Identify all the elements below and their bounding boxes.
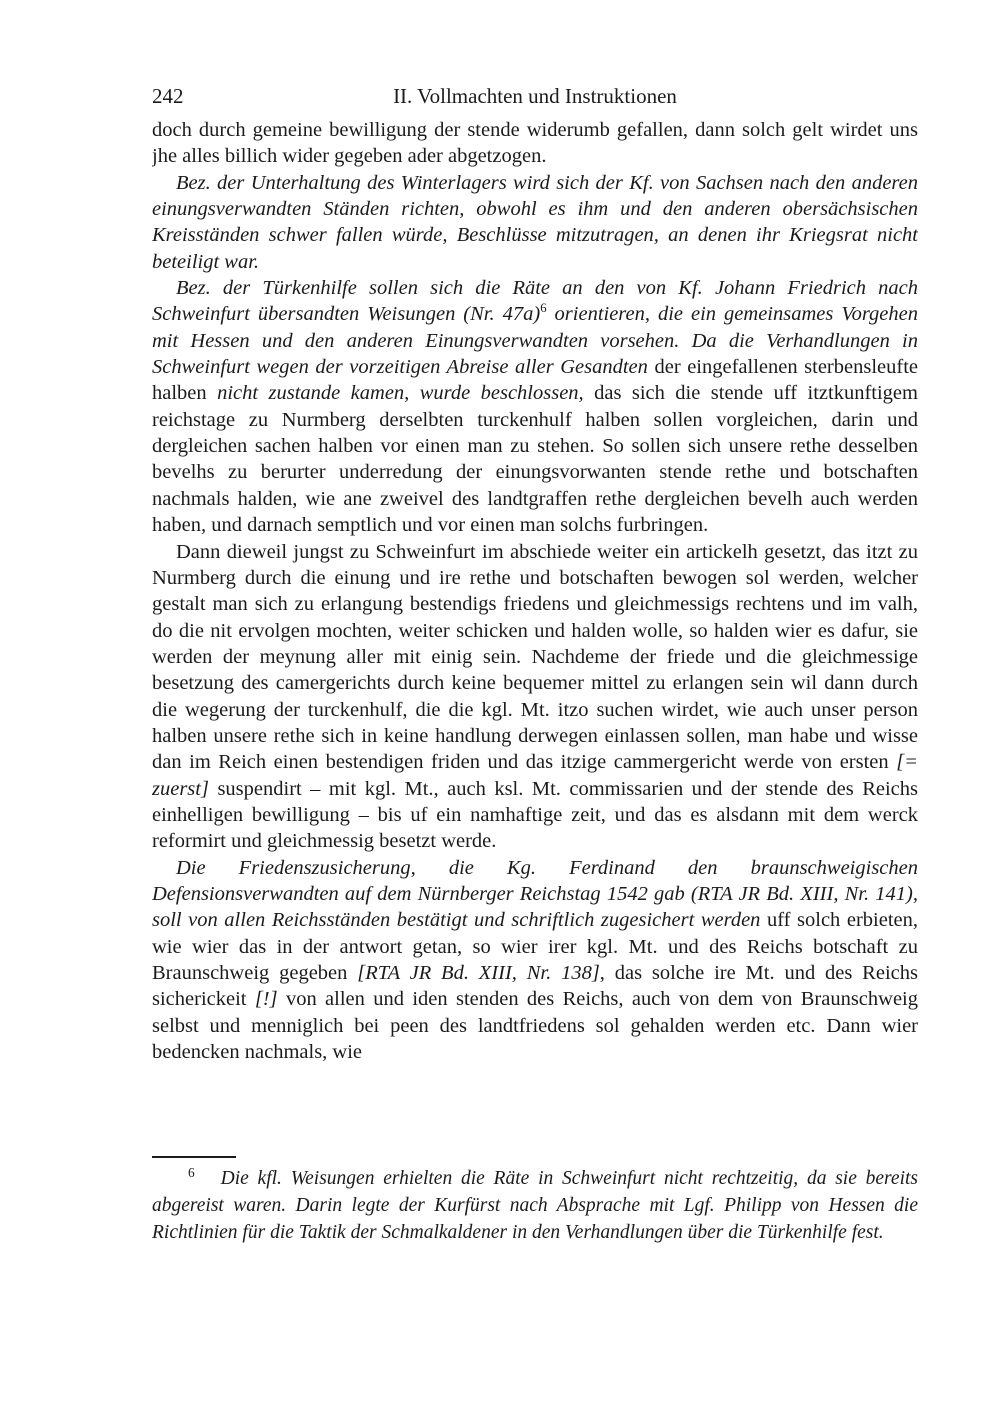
text-segment: Dann dieweil jungst zu Schweinfurt im ab… xyxy=(152,541,918,774)
body-paragraph-2: Bez. der Unterhaltung des Winterlagers w… xyxy=(152,170,918,275)
footnote-text: Die kfl. Weisungen erhielten die Räte in… xyxy=(152,1168,918,1243)
running-header: II. Vollmachten und Instruktionen xyxy=(152,82,918,110)
text-segment: Bez. der Unterhaltung des Winterlagers w… xyxy=(152,172,918,273)
footnote-separator-rule xyxy=(152,1156,236,1158)
body-paragraph-4: Dann dieweil jungst zu Schweinfurt im ab… xyxy=(152,539,918,855)
footnote-marker: 6 xyxy=(188,1165,195,1180)
text-segment: das sich die stende uff itztkunftigem re… xyxy=(152,382,918,536)
body-text: doch durch gemeine bewilligung der stend… xyxy=(152,117,918,1065)
text-segment: Die kfl. Weisungen erhielten die Räte in… xyxy=(152,1168,918,1243)
book-page: 242 II. Vollmachten und Instruktionen do… xyxy=(0,0,1004,1418)
text-segment: doch durch gemeine bewilligung der stend… xyxy=(152,119,918,167)
text-segment: nicht zustande kamen, wurde beschlossen, xyxy=(217,382,584,404)
page-header: 242 II. Vollmachten und Instruktionen xyxy=(152,82,918,110)
footnote: 6Die kfl. Weisungen erhielten die Räte i… xyxy=(152,1166,918,1246)
text-segment: [!] xyxy=(255,988,278,1010)
footnote-block: 6Die kfl. Weisungen erhielten die Räte i… xyxy=(152,1156,918,1246)
body-paragraph-1: doch durch gemeine bewilligung der stend… xyxy=(152,117,918,170)
body-paragraph-3: Bez. der Türkenhilfe sollen sich die Rät… xyxy=(152,275,918,538)
text-segment: suspendirt – mit kgl. Mt., auch ksl. Mt.… xyxy=(152,778,918,853)
body-paragraph-5: Die Friedenszusicherung, die Kg. Ferdina… xyxy=(152,855,918,1066)
text-segment: [RTA JR Bd. XIII, Nr. 138] xyxy=(357,962,600,984)
